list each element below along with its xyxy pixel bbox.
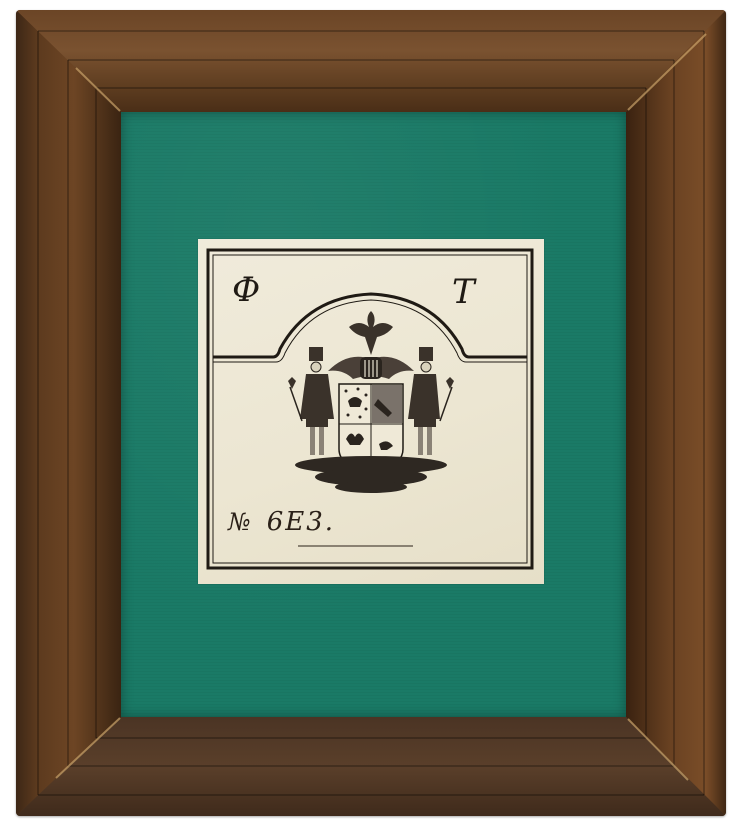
number-sign: № [228,508,253,536]
crest-feathers [349,311,393,355]
monogram-initial-left: Ф [232,273,260,307]
grassy-mound [295,456,447,493]
number-value: 6Е3. [267,507,335,537]
left-supporter [288,347,334,455]
bookplate-number: №6Е3. [228,507,335,537]
bookplate: Ф Т №6Е3. [198,239,544,584]
right-supporter [408,347,454,455]
monogram-initial-right: Т [452,275,475,309]
